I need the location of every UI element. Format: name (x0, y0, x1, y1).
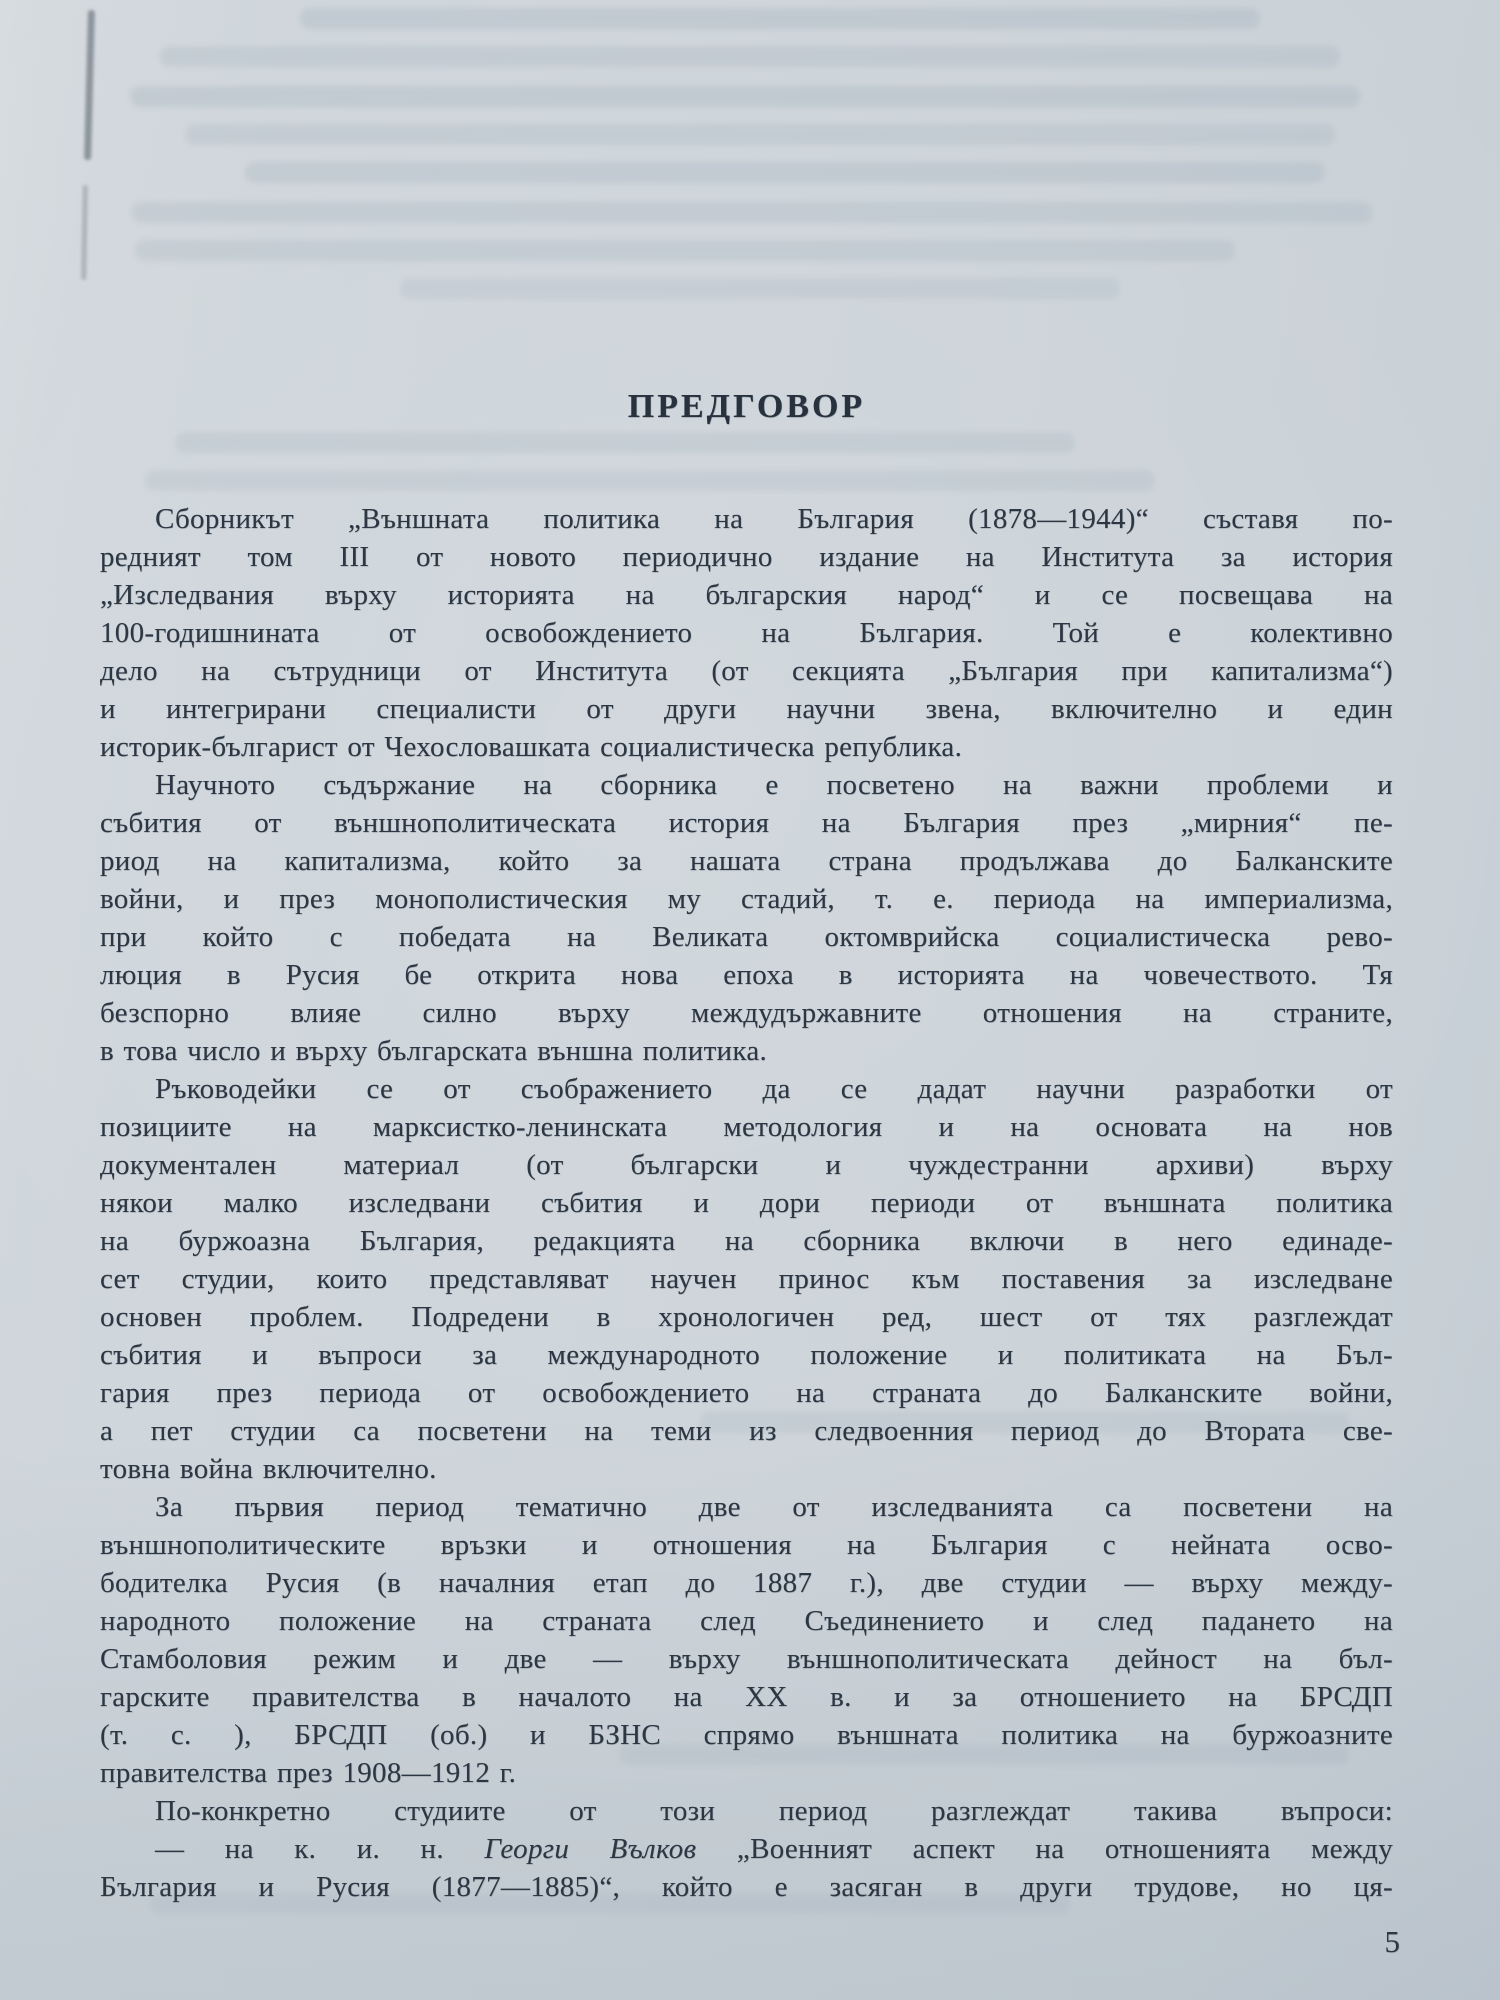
text-line: събития и въпроси за международното поло… (100, 1336, 1393, 1374)
text-line: на буржоазна България, редакцията на сбо… (100, 1222, 1393, 1260)
text-line: сет студии, които представляват научен п… (100, 1260, 1393, 1298)
bleed-through-line (130, 86, 1360, 107)
bleed-through-line (245, 162, 1325, 183)
paragraph: По-конкретно студиите от този период раз… (100, 1792, 1393, 1830)
text-line: събития от външнополитическата история н… (100, 804, 1393, 842)
paragraph: — на к. и. н. Георги Вълков „Военният ас… (100, 1830, 1393, 1906)
text-line: войни, и през монополистическия му стади… (100, 880, 1393, 918)
text-line: Стамболовия режим и две — върху външнопо… (100, 1640, 1393, 1678)
text-line: историк-българист от Чехословашката соци… (100, 728, 1393, 766)
text-line: основен проблем. Подредени в хронологиче… (100, 1298, 1393, 1336)
text-line: бодителка Русия (в началния етап до 1887… (100, 1564, 1393, 1602)
text-line: люция в Русия бе открита нова епоха в ис… (100, 956, 1393, 994)
text-line: правителства през 1908—1912 г. (100, 1754, 1393, 1792)
text-line: риод на капитализма, който за нашата стр… (100, 842, 1393, 880)
text-line: при който с победата на Великата октомвр… (100, 918, 1393, 956)
text-line: редният том III от новото периодично изд… (100, 538, 1393, 576)
text-line: Ръководейки се от съображението да се да… (100, 1070, 1393, 1108)
bleed-through-line (185, 124, 1335, 145)
text-line: и интегрирани специалисти от други научн… (100, 690, 1393, 728)
preface-text: Сборникът „Външната политика на България… (100, 500, 1393, 1906)
bleed-through-line (145, 470, 1155, 491)
page-title: ПРЕДГОВОР (100, 388, 1393, 426)
paragraph: Сборникът „Външната политика на България… (100, 500, 1393, 766)
bleed-through-line (132, 202, 1372, 223)
bleed-through-line (175, 432, 1075, 453)
paragraph: Научното съдържание на сборника е посвет… (100, 766, 1393, 1070)
page-edge-shadow (81, 185, 88, 280)
text-line: в това число и върху българската външна … (100, 1032, 1393, 1070)
text-line: народното положение на страната след Съе… (100, 1602, 1393, 1640)
bleed-through-line (300, 8, 1260, 29)
text-line: някои малко изследвани събития и дори пе… (100, 1184, 1393, 1222)
text-line: България и Русия (1877—1885)“, който е з… (100, 1868, 1393, 1906)
text-line: позициите на марксистко-ленинската метод… (100, 1108, 1393, 1146)
text-line: дело на сътрудници от Института (от секц… (100, 652, 1393, 690)
text-line: (т. с. ), БРСДП (об.) и БЗНС спрямо външ… (100, 1716, 1393, 1754)
text-line: безспорно влияе силно върху междудържавн… (100, 994, 1393, 1032)
bleed-through-line (400, 278, 1120, 299)
text-line: товна война включително. (100, 1450, 1393, 1488)
page-edge-shadow (84, 10, 95, 160)
text-line: 100-годишнината от освобождението на Бъл… (100, 614, 1393, 652)
text-line: — на к. и. н. Георги Вълков „Военният ас… (100, 1830, 1393, 1868)
text-line: Сборникът „Външната политика на България… (100, 500, 1393, 538)
text-segment: — на к. и. н. (155, 1833, 484, 1865)
text-line: външнополитическите връзки и отношения н… (100, 1526, 1393, 1564)
text-line: „Изследвания върху историята на българск… (100, 576, 1393, 614)
text-line: гария през периода от освобождението на … (100, 1374, 1393, 1412)
text-line: За първия период тематично две от изслед… (100, 1488, 1393, 1526)
bleed-through-line (135, 240, 1235, 261)
text-line: гарските правителства в началото на XX в… (100, 1678, 1393, 1716)
book-page: ПРЕДГОВОР Сборникът „Външната политика н… (0, 0, 1500, 2000)
text-line: Научното съдържание на сборника е посвет… (100, 766, 1393, 804)
text-segment: „Военният аспект на отношенията между (696, 1833, 1393, 1865)
paragraph: За първия период тематично две от изслед… (100, 1488, 1393, 1792)
page-number: 5 (1340, 1924, 1400, 1960)
text-line: По-конкретно студиите от този период раз… (100, 1792, 1393, 1830)
text-line: а пет студии са посветени на теми из сле… (100, 1412, 1393, 1450)
author-name: Георги Вълков (484, 1833, 696, 1865)
text-line: документален материал (от български и чу… (100, 1146, 1393, 1184)
bleed-through-line (160, 46, 1340, 67)
paragraph: Ръководейки се от съображението да се да… (100, 1070, 1393, 1488)
